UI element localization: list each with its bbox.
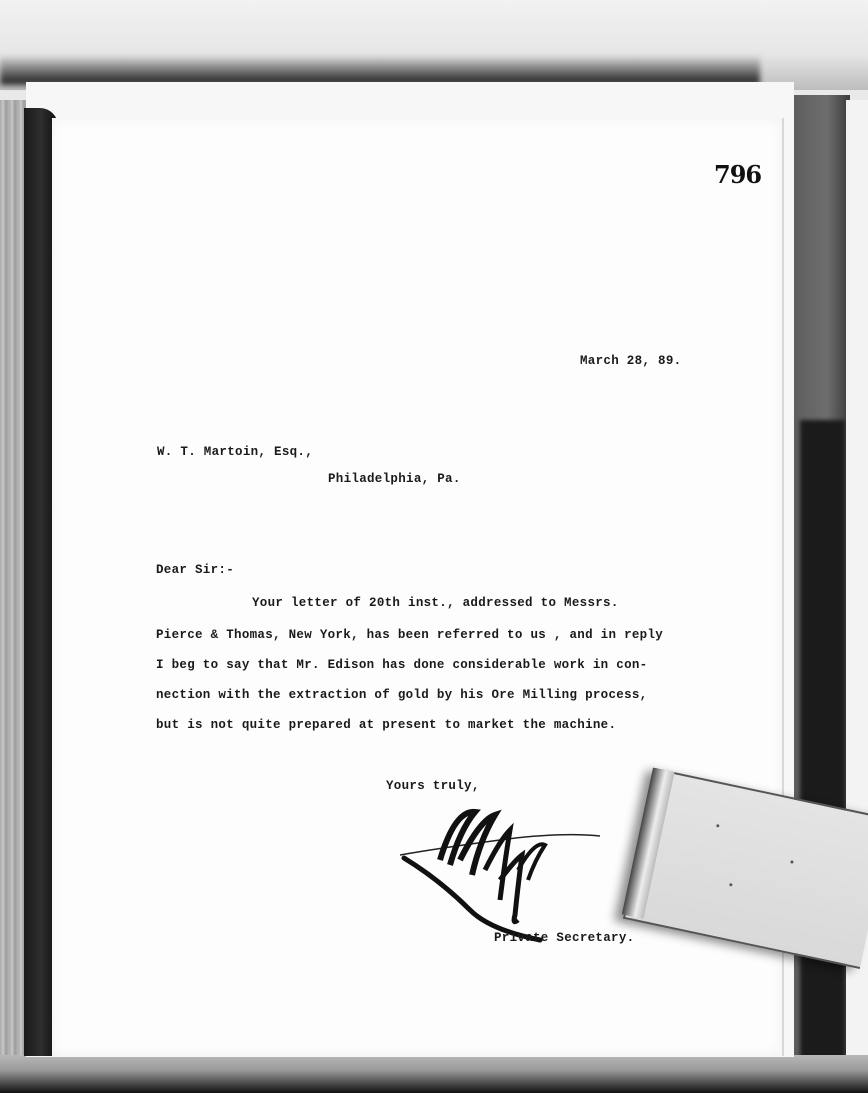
speck: [716, 824, 720, 828]
book-page-edges: [0, 100, 26, 1060]
recipient-name: W. T. Martoin, Esq.,: [157, 445, 313, 459]
body-line: but is not quite prepared at present to …: [156, 718, 616, 732]
closing: Yours truly,: [386, 779, 480, 793]
body-line: I beg to say that Mr. Edison has done co…: [156, 658, 647, 672]
body-line: Your letter of 20th inst., addressed to …: [252, 596, 619, 610]
body-line: nection with the extraction of gold by h…: [156, 688, 647, 702]
recipient-city: Philadelphia, Pa.: [328, 472, 461, 486]
salutation: Dear Sir:-: [156, 563, 234, 577]
top-shadow: [0, 55, 760, 85]
body-line: Pierce & Thomas, New York, has been refe…: [156, 628, 663, 642]
speck: [729, 883, 733, 887]
letter-date: March 28, 89.: [580, 354, 681, 368]
signature-title: Private Secretary.: [494, 931, 634, 945]
page-number: 796: [714, 160, 761, 189]
speck: [790, 860, 794, 864]
bottom-margin: [0, 1055, 868, 1093]
handwritten-signature: [400, 800, 600, 945]
